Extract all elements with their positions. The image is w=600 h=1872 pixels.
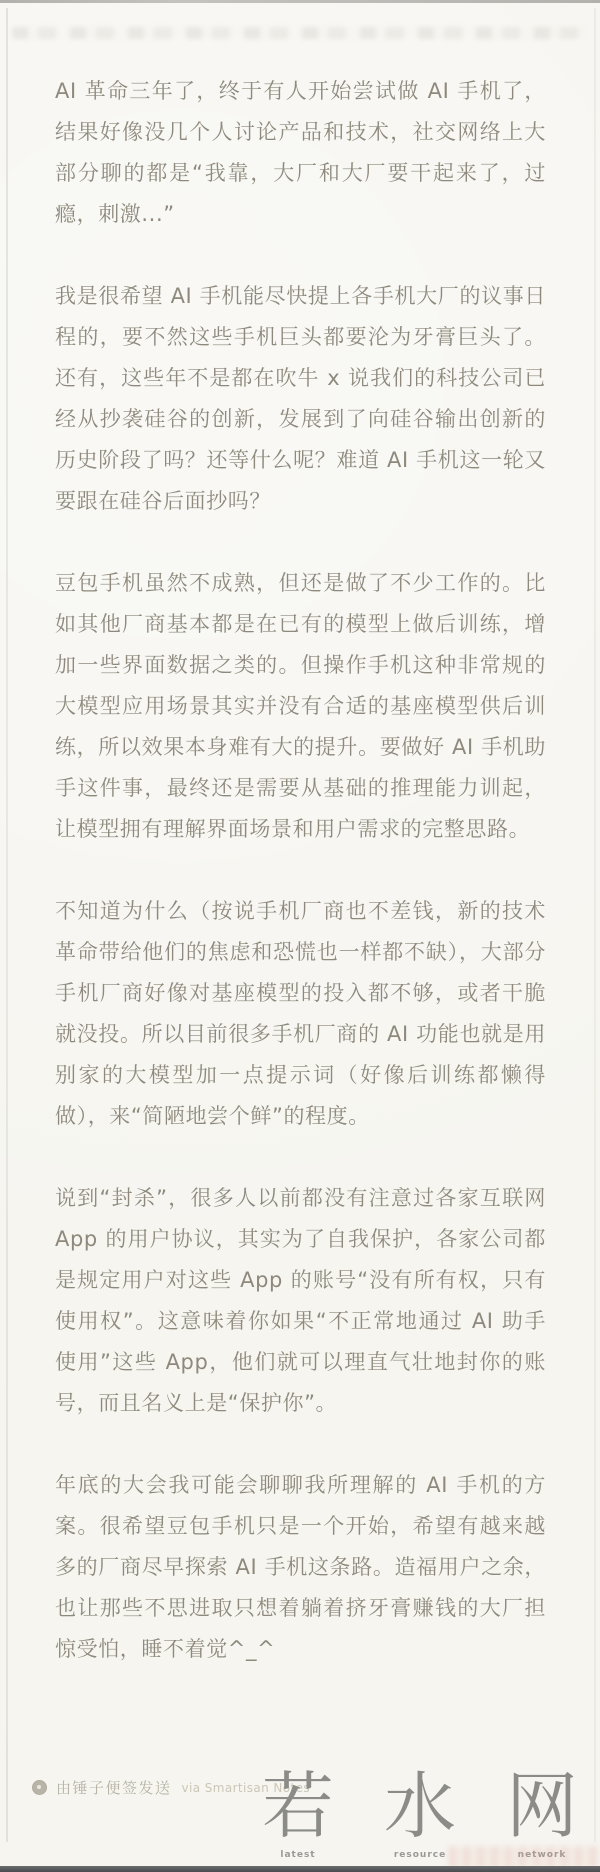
- sent-from-label: 由锤子便签发送: [56, 1777, 172, 1798]
- note-paragraph: AI 革命三年了，终于有人开始尝试做 AI 手机了，结果好像没几个人讨论产品和技…: [55, 71, 546, 235]
- paper-noise-band: [12, 27, 588, 39]
- card-right-edge: [594, 8, 596, 1842]
- note-paragraph: 我是很希望 AI 手机能尽快提上各手机大厂的议事日程的，要不然这些手机巨头都要沦…: [55, 276, 546, 522]
- watermark-unit: 水 resource: [384, 1764, 456, 1860]
- note-paragraph: 豆包手机虽然不成熟，但还是做了不少工作的。比如其他厂商基本都是在已有的模型上做后…: [55, 563, 546, 850]
- watermark-unit: 若 latest: [262, 1764, 334, 1860]
- note-paragraph: 不知道为什么（按说手机厂商也不差钱，新的技术革命带给他们的焦虑和恐慌也一样都不缺…: [55, 891, 546, 1137]
- note-card: AI 革命三年了，终于有人开始尝试做 AI 手机了，结果好像没几个人讨论产品和技…: [0, 0, 600, 1872]
- watermark-char: 若: [262, 1764, 334, 1848]
- watermark-char: 水: [384, 1764, 456, 1848]
- watermark-caption: latest: [280, 1850, 315, 1860]
- card-left-edge: [6, 8, 8, 1842]
- note-paragraph: 说到“封杀”，很多人以前都没有注意过各家互联网 App 的用户协议，其实为了自我…: [55, 1178, 546, 1424]
- note-body: AI 革命三年了，终于有人开始尝试做 AI 手机了，结果好像没几个人讨论产品和技…: [55, 71, 546, 1670]
- note-paragraph: 年底的大会我可能会聊聊我所理解的 AI 手机的方案。很希望豆包手机只是一个开始，…: [55, 1465, 546, 1670]
- watermark-caption: resource: [394, 1850, 446, 1860]
- top-edge-line: [0, 0, 600, 3]
- bottom-edge-line: [0, 1866, 600, 1872]
- blurred-pink-watermark: [448, 1846, 600, 1868]
- smartisan-notes-icon: [32, 1780, 47, 1795]
- watermark-char: 网: [506, 1764, 578, 1848]
